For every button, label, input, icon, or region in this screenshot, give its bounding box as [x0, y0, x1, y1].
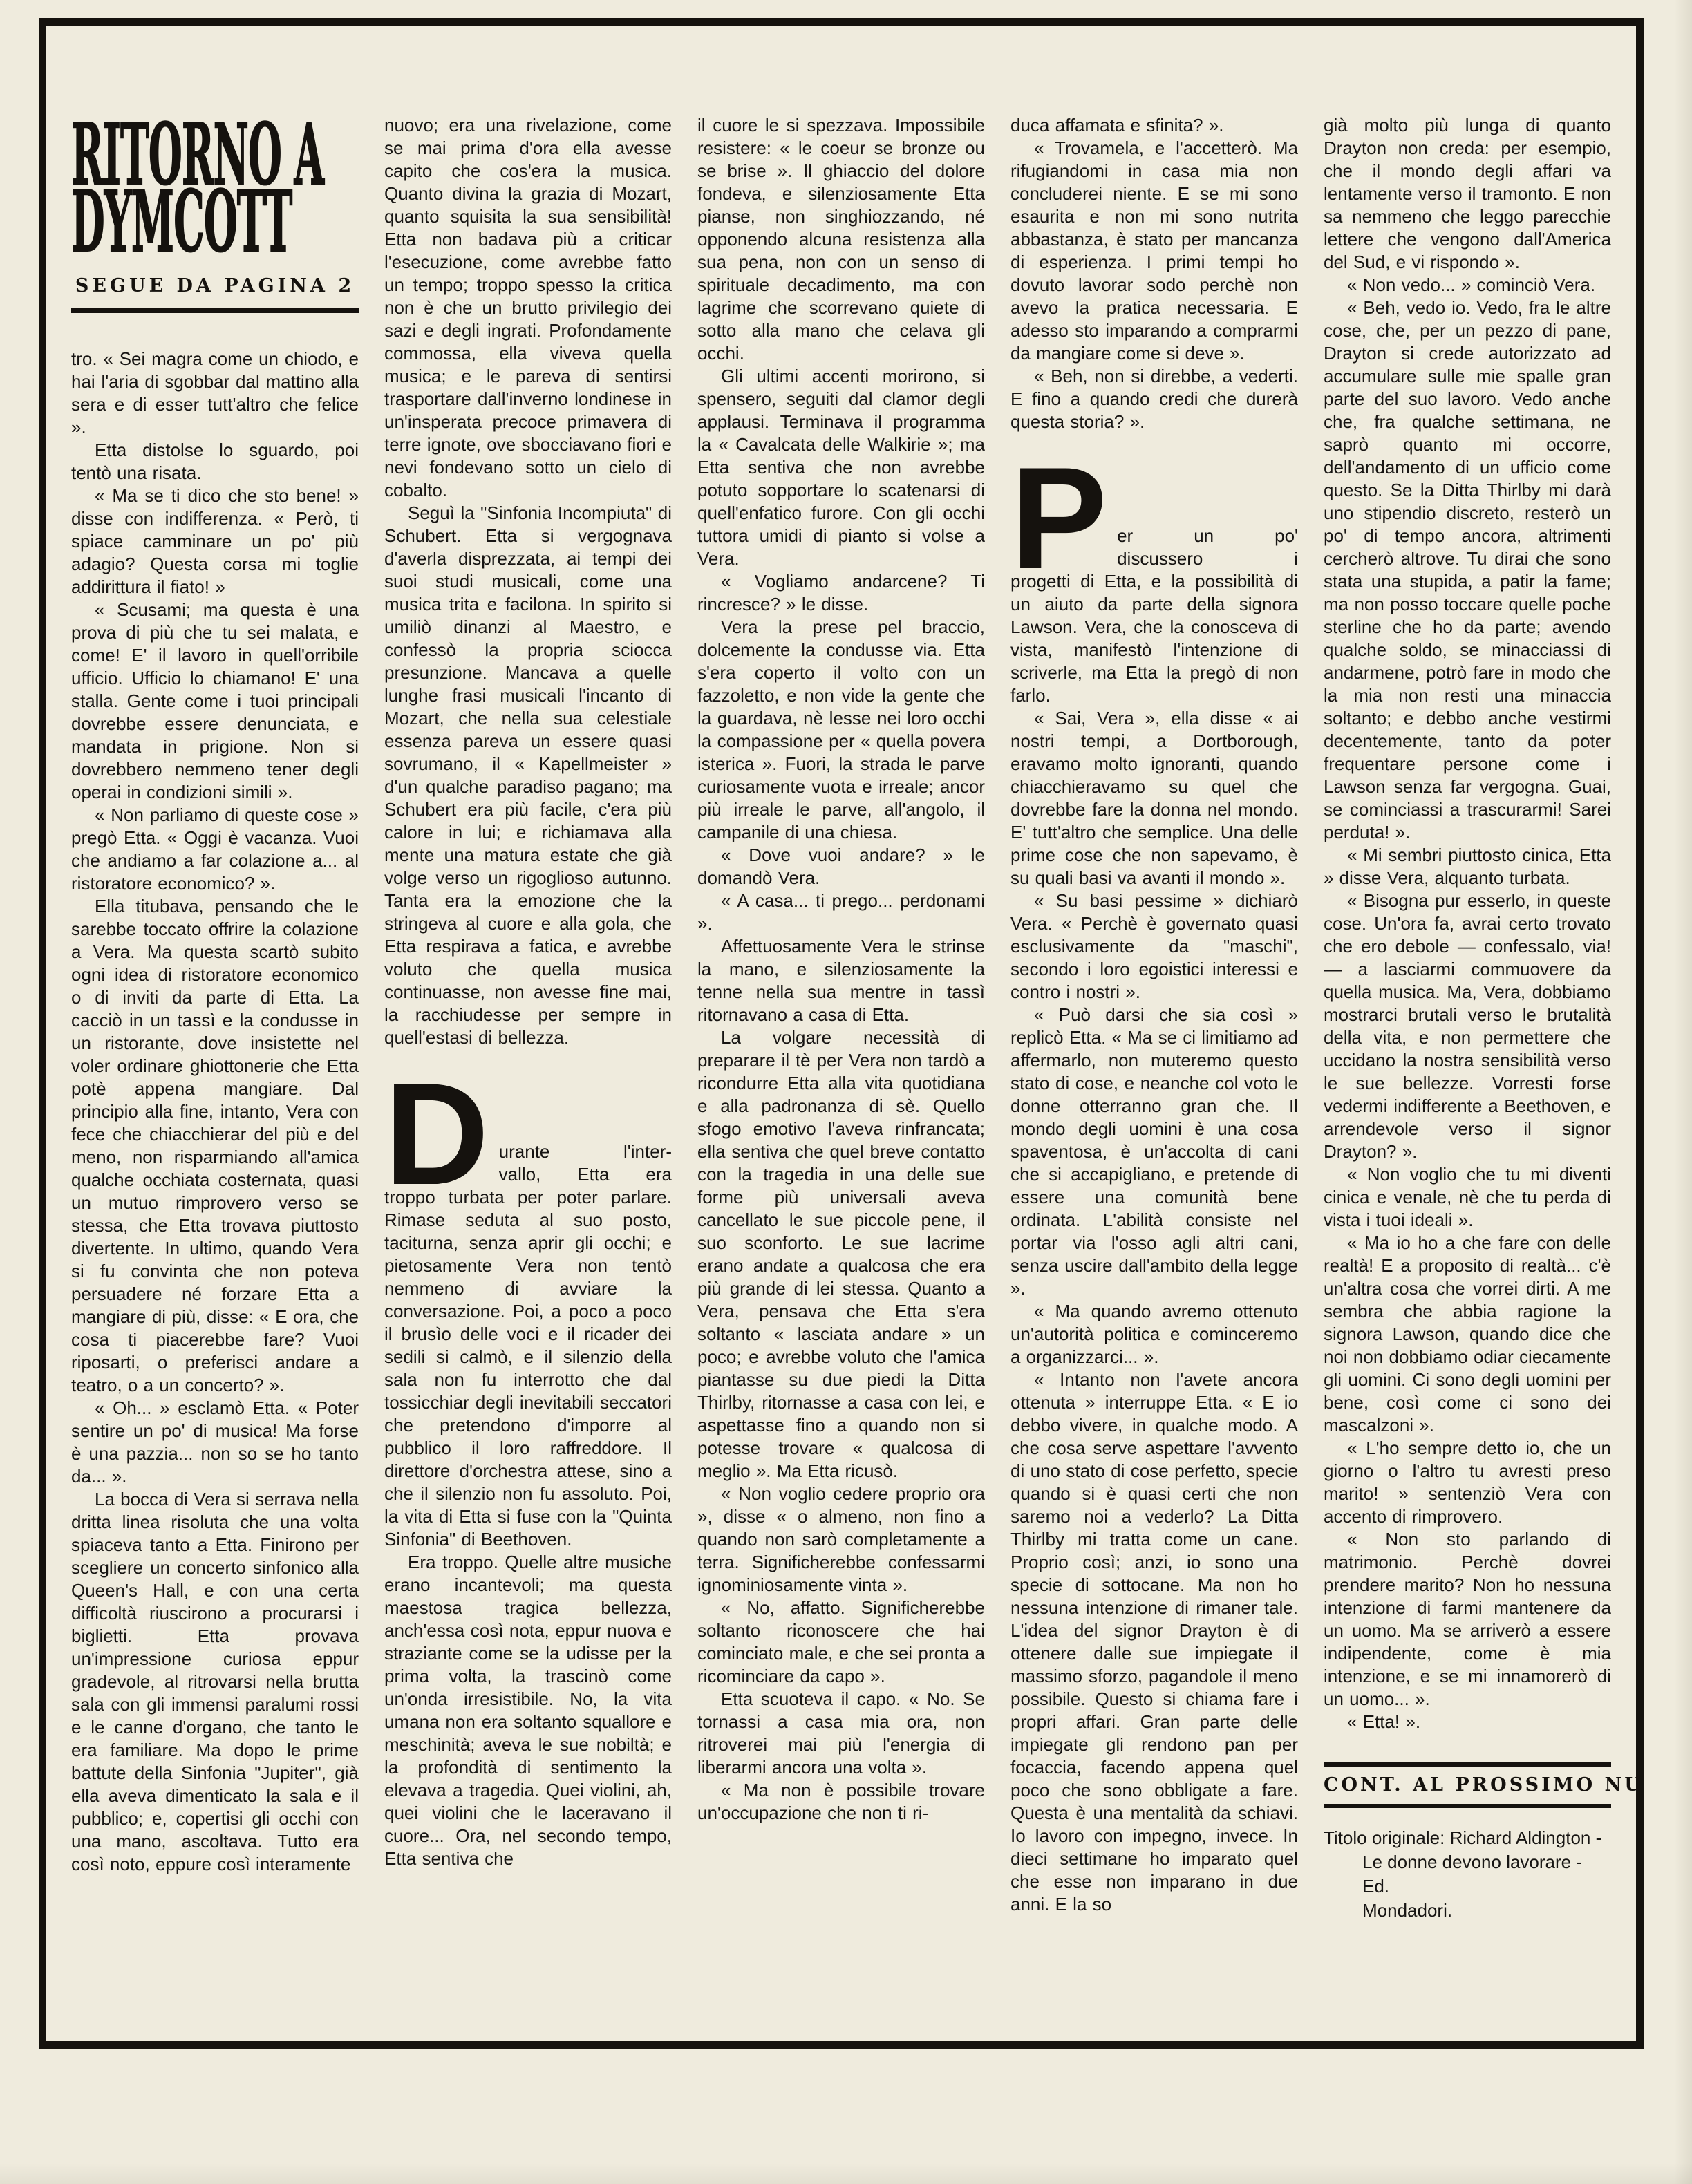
- drop-cap-block: Per un po'discussero i: [1010, 467, 1298, 570]
- credit-line: Titolo originale: Richard Aldington -: [1324, 1826, 1611, 1850]
- drop-cap-side-text: er un po'discussero i: [1117, 525, 1298, 570]
- column-3: il cuore le si spezzava. Impossibile res…: [697, 114, 985, 2040]
- paragraph: « Scusami; ma questa è una prova di più …: [71, 599, 359, 804]
- paragraph: « Mi sembri piuttosto cinica, Etta » dis…: [1324, 844, 1611, 889]
- column-2: nuovo; era una rivelazione, come se mai …: [384, 114, 672, 2040]
- paragraph: troppo turbata per poter parlare. Rimase…: [384, 1186, 672, 1551]
- paragraph: il cuore le si spezzava. Impossibile res…: [697, 114, 985, 365]
- paragraph: « Non vedo... » cominciò Vera.: [1324, 274, 1611, 296]
- drop-cap-letter: D: [384, 1082, 499, 1186]
- paragraph: « Etta! ».: [1324, 1711, 1611, 1733]
- column-2-text: nuovo; era una rivelazione, come se mai …: [384, 114, 672, 1870]
- column-1: RITORNO A DYMCOTT SEGUE DA PAGINA 2 tro.…: [71, 114, 359, 2040]
- paragraph: Ella titubava, pensando che le sarebbe t…: [71, 895, 359, 1397]
- paragraph: nuovo; era una rivelazione, come se mai …: [384, 114, 672, 502]
- masthead-rule: [71, 308, 359, 313]
- paragraph: Affettuosamente Vera le strinse la mano,…: [697, 935, 985, 1026]
- paragraph: progetti di Etta, e la possibilità di un…: [1010, 570, 1298, 707]
- paragraph: « Non parliamo di queste cose » pregò Et…: [71, 804, 359, 895]
- paragraph: La bocca di Vera si serrava nella dritta…: [71, 1488, 359, 1876]
- paragraph: « Non voglio cedere proprio ora », disse…: [697, 1482, 985, 1597]
- page-border-frame: RITORNO A DYMCOTT SEGUE DA PAGINA 2 tro.…: [39, 18, 1644, 2049]
- paragraph: « Ma se ti dico che sto bene! » disse co…: [71, 484, 359, 599]
- column-4-text: duca affamata e sfinita? ».« Trovamela, …: [1010, 114, 1298, 1916]
- paragraph: « Ma io ho a che fare con delle realtà! …: [1324, 1232, 1611, 1437]
- paragraph: « Sai, Vera », ella disse « ai nostri te…: [1010, 707, 1298, 889]
- paragraph: « Non sto parlando di matrimonio. Perchè…: [1324, 1528, 1611, 1711]
- paragraph: Vera la prese pel braccio, dolcemente la…: [697, 616, 985, 844]
- column-3-text: il cuore le si spezzava. Impossibile res…: [697, 114, 985, 1825]
- paragraph: duca affamata e sfinita? ».: [1010, 114, 1298, 137]
- credit-line: Le donne devono lavorare - Ed.: [1362, 1850, 1611, 1899]
- paragraph: « Su basi pessime » dichiarò Vera. « Per…: [1010, 889, 1298, 1004]
- magazine-page: RITORNO A DYMCOTT SEGUE DA PAGINA 2 tro.…: [0, 0, 1692, 2184]
- paragraph: « No, affatto. Significherebbe soltanto …: [697, 1597, 985, 1688]
- text-columns: RITORNO A DYMCOTT SEGUE DA PAGINA 2 tro.…: [46, 26, 1636, 2040]
- paragraph: già molto più lunga di quanto Drayton no…: [1324, 114, 1611, 274]
- paragraph: « Beh, non si direbbe, a vederti. E fino…: [1010, 365, 1298, 433]
- credit-line: Mondadori.: [1362, 1899, 1611, 1923]
- footer: CONT. AL PROSSIMO NUMERO Titolo original…: [1324, 1762, 1611, 1923]
- paragraph: Etta scuoteva il capo. « No. Se tornassi…: [697, 1688, 985, 1779]
- paragraph: Etta distolse lo sguardo, poi tentò una …: [71, 439, 359, 484]
- drop-cap-letter: P: [1010, 467, 1117, 570]
- paragraph: « Oh... » esclamò Etta. « Poter sentire …: [71, 1397, 359, 1488]
- paragraph: « Beh, vedo io. Vedo, fra le altre cose,…: [1324, 296, 1611, 844]
- paragraph: Gli ultimi accenti morirono, si spensero…: [697, 365, 985, 570]
- article-title-line2: DYMCOTT: [71, 188, 203, 255]
- paragraph: « L'ho sempre detto io, che un giorno o …: [1324, 1437, 1611, 1528]
- paragraph: « A casa... ti prego... perdonami ».: [697, 889, 985, 935]
- masthead: RITORNO A DYMCOTT SEGUE DA PAGINA 2: [71, 121, 359, 313]
- continuation-notice: CONT. AL PROSSIMO NUMERO: [1324, 1762, 1611, 1808]
- column-5: già molto più lunga di quanto Drayton no…: [1324, 114, 1611, 2040]
- drop-cap-block: Durante l'inter-vallo, Etta era: [384, 1082, 672, 1186]
- credit: Titolo originale: Richard Aldington - Le…: [1324, 1826, 1611, 1923]
- paragraph: Era troppo. Quelle altre musiche erano i…: [384, 1551, 672, 1870]
- drop-cap-side-text: urante l'inter-vallo, Etta era: [499, 1140, 672, 1186]
- paragraph: « Può darsi che sia così » replicò Etta.…: [1010, 1004, 1298, 1300]
- paragraph: « Bisogna pur esserlo, in queste cose. U…: [1324, 889, 1611, 1163]
- paragraph: Seguì la "Sinfonia Incompiuta" di Schube…: [384, 502, 672, 1049]
- paragraph: « Non voglio che tu mi diventi cinica e …: [1324, 1163, 1611, 1232]
- paragraph: « Dove vuoi andare? » le domandò Vera.: [697, 844, 985, 889]
- paragraph: La volgare necessità di preparare il tè …: [697, 1026, 985, 1482]
- column-1-text: tro. « Sei magra come un chiodo, e hai l…: [71, 348, 359, 1876]
- paragraph: « Vogliamo andarcene? Ti rincresce? » le…: [697, 570, 985, 616]
- column-4: duca affamata e sfinita? ».« Trovamela, …: [1010, 114, 1298, 2040]
- paragraph: « Trovamela, e l'accetterò. Ma rifugiand…: [1010, 137, 1298, 365]
- paragraph: « Ma quando avremo ottenuto un'autorità …: [1010, 1300, 1298, 1368]
- paragraph: « Intanto non l'avete ancora ottenuta » …: [1010, 1368, 1298, 1916]
- continuation-note: SEGUE DA PAGINA 2: [71, 276, 359, 296]
- paragraph: tro. « Sei magra come un chiodo, e hai l…: [71, 348, 359, 439]
- column-5-text: già molto più lunga di quanto Drayton no…: [1324, 114, 1611, 1733]
- paragraph: « Ma non è possibile trovare un'occupazi…: [697, 1779, 985, 1825]
